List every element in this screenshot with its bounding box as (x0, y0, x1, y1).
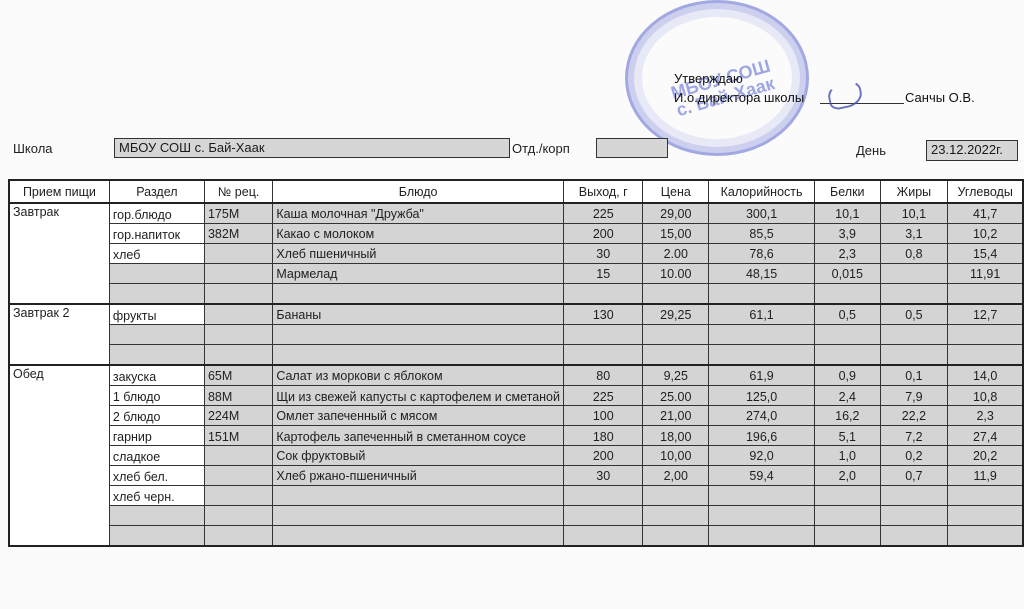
price-cell (643, 345, 709, 366)
carbs-cell: 27,4 (948, 426, 1023, 446)
fat-cell (880, 345, 948, 366)
carbs-cell: 15,4 (948, 244, 1023, 264)
dish-cell: Какао с молоком (273, 224, 564, 244)
carbs-cell: 11,91 (948, 264, 1023, 284)
carbs-cell: 2,3 (948, 406, 1023, 426)
table-row: сладкоеСок фруктовый20010,0092,01,00,220… (9, 446, 1023, 466)
price-cell: 2.00 (643, 244, 709, 264)
table-row (9, 345, 1023, 366)
dish-cell: Хлеб пшеничный (273, 244, 564, 264)
calories-cell (709, 345, 815, 366)
signature-icon (826, 79, 865, 112)
table-row: 1 блюдо88МЩи из свежей капусты с картофе… (9, 386, 1023, 406)
table-row: хлеб бел.Хлеб ржано-пшеничный302,0059,42… (9, 466, 1023, 486)
price-cell (643, 486, 709, 506)
dish-cell: Салат из моркови с яблоком (273, 365, 564, 386)
calories-cell: 196,6 (709, 426, 815, 446)
fat-cell (880, 526, 948, 547)
protein-cell: 16,2 (815, 406, 880, 426)
section-cell: гарнир (109, 426, 204, 446)
protein-cell (815, 486, 880, 506)
fat-cell: 7,9 (880, 386, 948, 406)
carbs-cell (948, 284, 1023, 305)
carbs-cell (948, 526, 1023, 547)
protein-cell: 10,1 (815, 203, 880, 224)
position-label: И.о.директора школы (674, 90, 804, 105)
recipe-cell (204, 304, 272, 325)
column-header-recipe: № рец. (204, 180, 272, 203)
column-header-dish: Блюдо (273, 180, 564, 203)
price-cell: 25.00 (643, 386, 709, 406)
dept-field[interactable] (596, 138, 668, 158)
protein-cell: 2,0 (815, 466, 880, 486)
carbs-cell: 10,2 (948, 224, 1023, 244)
yield-cell: 180 (564, 426, 643, 446)
recipe-cell: 382М (204, 224, 272, 244)
calories-cell: 59,4 (709, 466, 815, 486)
calories-cell (709, 284, 815, 305)
section-cell: 2 блюдо (109, 406, 204, 426)
dish-cell (273, 345, 564, 366)
section-cell: закуска (109, 365, 204, 386)
approve-label: Утверждаю (674, 71, 743, 86)
column-header-yield: Выход, г (564, 180, 643, 203)
dish-cell (273, 325, 564, 345)
carbs-cell: 41,7 (948, 203, 1023, 224)
fat-cell: 0,2 (880, 446, 948, 466)
recipe-cell (204, 446, 272, 466)
yield-cell: 225 (564, 203, 643, 224)
calories-cell: 61,9 (709, 365, 815, 386)
recipe-cell (204, 264, 272, 284)
recipe-cell (204, 466, 272, 486)
dish-cell: Сок фруктовый (273, 446, 564, 466)
column-header-price: Цена (643, 180, 709, 203)
calories-cell: 61,1 (709, 304, 815, 325)
protein-cell: 0,9 (815, 365, 880, 386)
table-row (9, 526, 1023, 547)
dish-cell (273, 506, 564, 526)
school-label: Школа (13, 141, 53, 156)
carbs-cell (948, 506, 1023, 526)
table-row (9, 506, 1023, 526)
price-cell: 15,00 (643, 224, 709, 244)
carbs-cell (948, 345, 1023, 366)
fat-cell: 3,1 (880, 224, 948, 244)
fat-cell: 0,7 (880, 466, 948, 486)
protein-cell (815, 325, 880, 345)
day-field[interactable]: 23.12.2022г. (926, 140, 1018, 161)
protein-cell: 2,3 (815, 244, 880, 264)
fat-cell: 0,8 (880, 244, 948, 264)
calories-cell: 274,0 (709, 406, 815, 426)
table-row: Завтракгор.блюдо175МКаша молочная "Дружб… (9, 203, 1023, 224)
dish-cell: Каша молочная "Дружба" (273, 203, 564, 224)
fat-cell: 0,1 (880, 365, 948, 386)
section-cell: гор.напиток (109, 224, 204, 244)
menu-table: Прием пищиРаздел№ рец.БлюдоВыход, гЦенаК… (8, 179, 1024, 547)
yield-cell: 15 (564, 264, 643, 284)
table-row: гор.напиток382МКакао с молоком20015,0085… (9, 224, 1023, 244)
yield-cell: 80 (564, 365, 643, 386)
fat-cell: 10,1 (880, 203, 948, 224)
section-cell (109, 506, 204, 526)
price-cell: 9,25 (643, 365, 709, 386)
calories-cell: 85,5 (709, 224, 815, 244)
fat-cell: 7,2 (880, 426, 948, 446)
fat-cell (880, 506, 948, 526)
protein-cell: 0,5 (815, 304, 880, 325)
calories-cell (709, 325, 815, 345)
calories-cell: 300,1 (709, 203, 815, 224)
yield-cell (564, 284, 643, 305)
fat-cell (880, 486, 948, 506)
section-cell: гор.блюдо (109, 203, 204, 224)
dish-cell: Мармелад (273, 264, 564, 284)
carbs-cell: 10,8 (948, 386, 1023, 406)
recipe-cell (204, 526, 272, 547)
section-cell (109, 284, 204, 305)
price-cell (643, 284, 709, 305)
carbs-cell: 12,7 (948, 304, 1023, 325)
carbs-cell (948, 325, 1023, 345)
column-header-meal: Прием пищи (9, 180, 109, 203)
fat-cell: 0,5 (880, 304, 948, 325)
protein-cell: 2,4 (815, 386, 880, 406)
dish-cell: Хлеб ржано-пшеничный (273, 466, 564, 486)
yield-cell: 225 (564, 386, 643, 406)
recipe-cell: 88М (204, 386, 272, 406)
column-header-calories: Калорийность (709, 180, 815, 203)
fat-cell (880, 284, 948, 305)
recipe-cell: 175М (204, 203, 272, 224)
section-cell: 1 блюдо (109, 386, 204, 406)
yield-cell: 200 (564, 446, 643, 466)
recipe-cell (204, 345, 272, 366)
fat-cell (880, 264, 948, 284)
calories-cell: 48,15 (709, 264, 815, 284)
price-cell: 10,00 (643, 446, 709, 466)
yield-cell (564, 325, 643, 345)
calories-cell (709, 506, 815, 526)
table-row: хлебХлеб пшеничный302.0078,62,30,815,4 (9, 244, 1023, 264)
protein-cell (815, 284, 880, 305)
calories-cell (709, 526, 815, 547)
dish-cell: Щи из свежей капусты с картофелем и смет… (273, 386, 564, 406)
yield-cell: 200 (564, 224, 643, 244)
calories-cell: 92,0 (709, 446, 815, 466)
table-row: 2 блюдо224МОмлет запеченный с мясом10021… (9, 406, 1023, 426)
carbs-cell (948, 486, 1023, 506)
price-cell: 18,00 (643, 426, 709, 446)
yield-cell: 100 (564, 406, 643, 426)
column-header-fat: Жиры (880, 180, 948, 203)
day-label: День (856, 143, 886, 158)
protein-cell: 5,1 (815, 426, 880, 446)
price-cell (643, 526, 709, 547)
carbs-cell: 20,2 (948, 446, 1023, 466)
recipe-cell: 65М (204, 365, 272, 386)
column-header-carbs: Углеводы (948, 180, 1023, 203)
dish-cell (273, 284, 564, 305)
meal-cell: Завтрак 2 (9, 304, 109, 365)
meal-cell: Завтрак (9, 203, 109, 304)
price-cell (643, 506, 709, 526)
section-cell (109, 325, 204, 345)
column-header-section: Раздел (109, 180, 204, 203)
yield-cell (564, 486, 643, 506)
recipe-cell: 224М (204, 406, 272, 426)
section-cell (109, 264, 204, 284)
price-cell: 29,00 (643, 203, 709, 224)
price-cell: 29,25 (643, 304, 709, 325)
table-row (9, 325, 1023, 345)
recipe-cell (204, 506, 272, 526)
dept-label: Отд./корп (512, 141, 570, 156)
calories-cell: 125,0 (709, 386, 815, 406)
table-row: Обедзакуска65МСалат из моркови с яблоком… (9, 365, 1023, 386)
section-cell: хлеб бел. (109, 466, 204, 486)
price-cell: 21,00 (643, 406, 709, 426)
carbs-cell: 11,9 (948, 466, 1023, 486)
table-header-row: Прием пищиРаздел№ рец.БлюдоВыход, гЦенаК… (9, 180, 1023, 203)
table-row: Мармелад1510.0048,150,01511,91 (9, 264, 1023, 284)
section-cell (109, 345, 204, 366)
section-cell (109, 526, 204, 547)
yield-cell (564, 526, 643, 547)
price-cell: 2,00 (643, 466, 709, 486)
section-cell: сладкое (109, 446, 204, 466)
protein-cell: 1,0 (815, 446, 880, 466)
protein-cell (815, 345, 880, 366)
dish-cell: Бананы (273, 304, 564, 325)
dish-cell (273, 526, 564, 547)
calories-cell (709, 486, 815, 506)
table-row: гарнир151МКартофель запеченный в сметанн… (9, 426, 1023, 446)
dish-cell (273, 486, 564, 506)
dish-cell: Картофель запеченный в сметанном соусе (273, 426, 564, 446)
recipe-cell (204, 244, 272, 264)
fat-cell: 22,2 (880, 406, 948, 426)
column-header-protein: Белки (815, 180, 880, 203)
protein-cell (815, 526, 880, 547)
yield-cell (564, 506, 643, 526)
school-field[interactable]: МБОУ СОШ с. Бай-Хаак (114, 138, 510, 158)
yield-cell (564, 345, 643, 366)
calories-cell: 78,6 (709, 244, 815, 264)
table-row (9, 284, 1023, 305)
section-cell: фрукты (109, 304, 204, 325)
yield-cell: 30 (564, 466, 643, 486)
meal-cell: Обед (9, 365, 109, 546)
price-cell (643, 325, 709, 345)
yield-cell: 30 (564, 244, 643, 264)
recipe-cell (204, 486, 272, 506)
table-row: хлеб черн. (9, 486, 1023, 506)
yield-cell: 130 (564, 304, 643, 325)
recipe-cell (204, 284, 272, 305)
table-row: Завтрак 2фруктыБананы13029,2561,10,50,51… (9, 304, 1023, 325)
fat-cell (880, 325, 948, 345)
dish-cell: Омлет запеченный с мясом (273, 406, 564, 426)
protein-cell (815, 506, 880, 526)
recipe-cell: 151М (204, 426, 272, 446)
section-cell: хлеб черн. (109, 486, 204, 506)
price-cell: 10.00 (643, 264, 709, 284)
section-cell: хлеб (109, 244, 204, 264)
protein-cell: 0,015 (815, 264, 880, 284)
protein-cell: 3,9 (815, 224, 880, 244)
signer-name: Санчы О.В. (905, 90, 975, 105)
recipe-cell (204, 325, 272, 345)
carbs-cell: 14,0 (948, 365, 1023, 386)
